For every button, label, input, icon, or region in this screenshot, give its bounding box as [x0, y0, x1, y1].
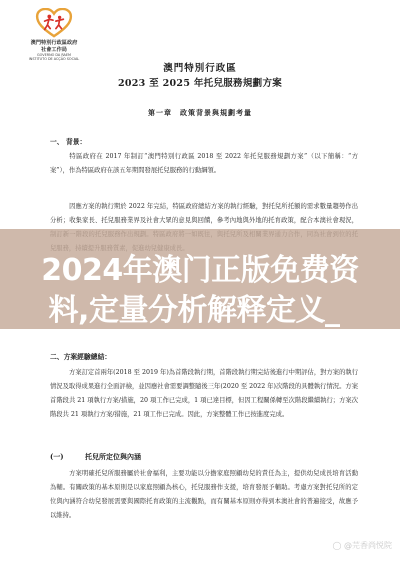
- document-title-line1: 澳門特別行政區: [0, 60, 400, 74]
- heart-logo-icon: [35, 8, 73, 38]
- section-heading-summary: 二、方案經驗總結：: [50, 351, 111, 361]
- paragraph-text: 方案明確托兒所服務屬於社會福利，主要功能以分擔家庭照顧幼兒的責任為主，提供幼兒成…: [50, 470, 358, 519]
- document-title-line2: 2023 至 2025 年托兒服務規劃方案: [0, 75, 400, 89]
- document-page: 澳門特別行政區政府 社會工作局 GOVERNO DA RAEM INSTITUT…: [0, 0, 400, 561]
- watermark: ◯ @芫香尚悦院: [333, 540, 393, 551]
- paragraph: 特區政府在 2017 年制訂“澳門特別行政區 2018 至 2022 年托兒服務…: [50, 150, 358, 178]
- paragraph: 方案明確托兒所服務屬於社會福利，主要功能以分擔家庭照顧幼兒的責任為主，提供幼兒成…: [50, 467, 358, 523]
- banner-headline-line2: 料,定量分析解释定义_: [0, 285, 394, 329]
- paragraph-text: 特區政府在 2017 年制訂“澳門特別行政區 2018 至 2022 年托兒服務…: [50, 153, 358, 174]
- subsection-heading: (一)托兒所定位與內涵: [50, 452, 141, 462]
- watermark-text: @芫香尚悦院: [344, 541, 392, 550]
- chapter-title: 第一章 政策背景與規劃考量: [0, 108, 400, 118]
- weibo-icon: ◯: [333, 541, 342, 550]
- agency-logo: 澳門特別行政區政府 社會工作局 GOVERNO DA RAEM INSTITUT…: [18, 8, 90, 61]
- paragraph: 方案訂定首兩年(2018 至 2019 年)為首階段執行期，首階段執行期完結後進…: [50, 366, 358, 422]
- banner-headline-line1: 2024年澳门正版免费资: [0, 245, 400, 289]
- paragraph-text: 方案訂定首兩年(2018 至 2019 年)為首階段執行期，首階段執行期完結後進…: [50, 369, 358, 418]
- section-heading-background: 一、 背景：: [50, 136, 86, 146]
- subsection-number: (一): [50, 452, 85, 462]
- subsection-title: 托兒所定位與內涵: [85, 452, 141, 461]
